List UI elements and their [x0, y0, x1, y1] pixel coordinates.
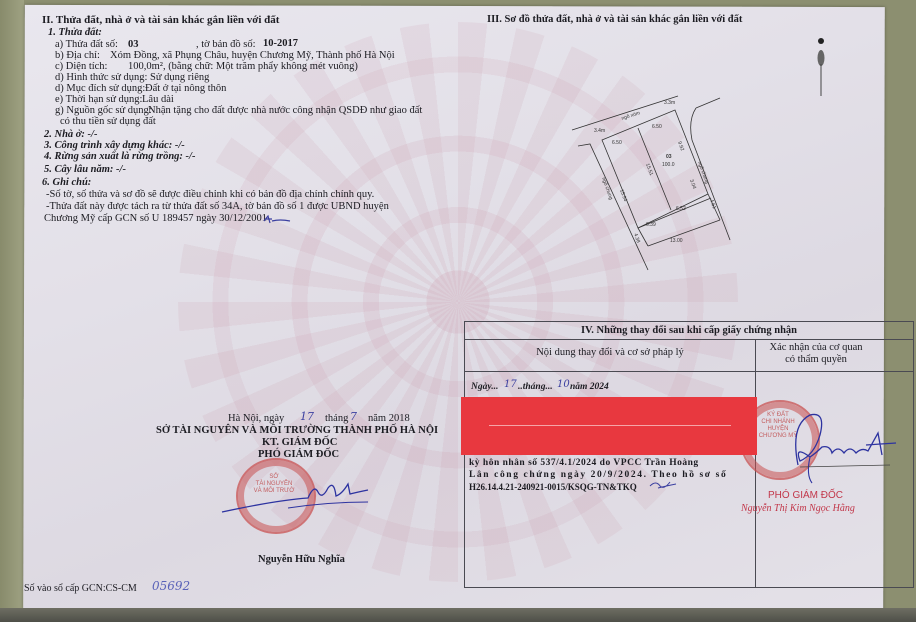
confirm-position: PHÓ GIÁM ĐỐC [768, 490, 843, 502]
issuing-agency: SỞ TÀI NGUYÊN VÀ MÔI TRƯỜNG THÀNH PHỐ HÀ… [156, 425, 438, 437]
alley-left-label: ngõ chung [600, 177, 614, 201]
entry-day: 17 [504, 379, 517, 391]
dim-6: 3.04 [688, 179, 697, 190]
entry-year: năm 2024 [570, 381, 609, 393]
note-1: -Số tờ, số thửa và sơ đồ sẽ được điều ch… [46, 189, 374, 201]
perennial-line: 5. Cây lâu năm: -/- [44, 164, 126, 176]
road-width-2: 3.3m [664, 100, 675, 106]
alley-right-label: ngõ chung [696, 161, 710, 185]
entry-month: 10 [557, 379, 570, 391]
issue-year: năm 2018 [368, 413, 410, 425]
entry-date-prefix: Ngày... [471, 381, 498, 393]
dim-2: 6.50 [652, 124, 662, 130]
signature-right-icon [770, 405, 910, 485]
dim-9: 13.00 [670, 238, 683, 244]
background-bottom [0, 608, 916, 622]
issue-date-prefix: Hà Nội, ngày [228, 413, 284, 425]
dim-4: 15.94 [618, 189, 628, 203]
background-left [0, 0, 24, 622]
entry-text-3: H26.14.4.21-240921-0015/KSQG-TN&TKQ [469, 481, 637, 493]
entry-month-label: ..tháng... [518, 381, 553, 393]
redaction-box [461, 397, 757, 455]
parcel-area-label: 100.0 [662, 162, 675, 168]
origin-value-line2: có thu tiền sử dụng đất [60, 116, 156, 128]
initial-mark-right-icon [648, 478, 678, 492]
alley-top-label: ngõ xóm [621, 110, 641, 122]
origin-value-line1: Nhận tặng cho đất được nhà nước công nhậ… [148, 105, 422, 117]
redaction-line [489, 425, 731, 426]
header-divider [465, 371, 913, 372]
section-ii-title: II. Thửa đất, nhà ở và tài sản khác gắn … [42, 14, 279, 26]
issue-day: 17 [300, 411, 314, 423]
initial-mark-icon [262, 213, 292, 227]
col-header-content: Nội dung thay đổi và cơ sở pháp lý [465, 339, 755, 371]
registry-number: 05692 [152, 580, 190, 592]
col-header-confirmation-line1: Xác nhận của cơ quan [756, 342, 876, 354]
entry-text-1: kỳ hôn nhân số 537/4.1/2024 do VPCC Trần… [469, 457, 699, 469]
note-3: Chương Mỹ cấp GCN số U 189457 ngày 30/12… [44, 213, 267, 225]
dim-10: 4.61 [708, 199, 717, 210]
parcel-diagram: 3.4m 3.3m ngõ xóm 6.50 6.50 15.51 15.94 … [560, 80, 750, 280]
land-heading: 1. Thửa đất: [48, 27, 102, 39]
note-2: -Thửa đất này được tách ra từ thửa đất s… [46, 201, 389, 213]
dim-8: 6.39 [646, 222, 656, 228]
on-behalf-title: KT. GIÁM ĐỐC [262, 437, 337, 449]
entry-text-2: Lân công chứng ngày 20/9/2024. Theo hồ s… [469, 469, 727, 481]
parcel-no-label: 03 [666, 154, 672, 160]
dim-11: 4.38 [632, 233, 641, 244]
col-header-confirmation-line2: có thẩm quyền [756, 354, 876, 366]
forest-line: 4. Rừng sản xuất là rừng trồng: -/- [44, 151, 195, 163]
dim-1: 6.50 [612, 140, 622, 146]
dim-7: 6.52 [676, 206, 686, 212]
confirm-signer: Nguyễn Thị Kim Ngọc Hằng [741, 503, 855, 515]
issue-month: 7 [350, 411, 357, 423]
section-iv-title: IV. Những thay đổi sau khi cấp giấy chứn… [465, 322, 913, 340]
issue-month-label: tháng [325, 413, 348, 425]
north-arrow-icon [816, 36, 826, 98]
road-width-1: 3.4m [594, 128, 605, 134]
col-header-confirmation: Xác nhận của cơ quan có thẩm quyền [756, 340, 876, 374]
signature-left-icon [218, 470, 378, 520]
registry-label: Số vào sổ cấp GCN:CS-CM [24, 583, 137, 595]
dim-5: 9.92 [676, 141, 685, 152]
section-iii-title: III. Sơ đồ thửa đất, nhà ở và tài sản kh… [487, 14, 742, 26]
signer-name-left: Nguyễn Hữu Nghĩa [258, 554, 345, 566]
notes-heading: 6. Ghi chú: [42, 177, 91, 189]
map-sheet-value: 10-2017 [263, 38, 298, 50]
